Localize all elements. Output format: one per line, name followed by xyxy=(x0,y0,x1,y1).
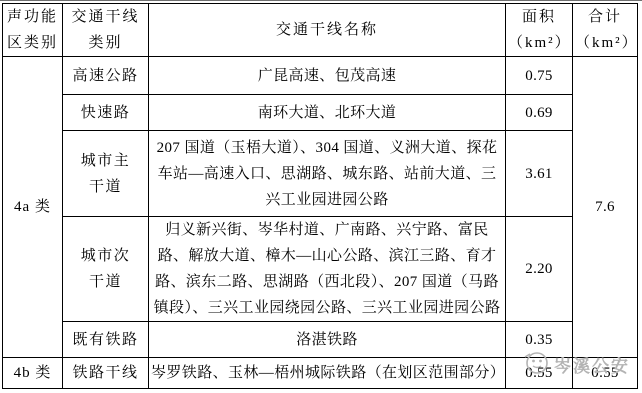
header-total: 合计 （km²） xyxy=(573,4,638,57)
category-cell: 城市次 干道 xyxy=(63,217,149,322)
category-cell: 既有铁路 xyxy=(63,322,149,358)
header-trunkline-category: 交通干线 类别 xyxy=(63,4,149,57)
zone-4a-cell: 4a 类 xyxy=(3,57,63,358)
category-cell: 铁路干线 xyxy=(63,358,149,389)
table-row: 4b 类 铁路干线 岑罗铁路、玉林—梧州城际铁路（在划区范围部分） 0.55 0… xyxy=(3,358,638,389)
names-cell: 归义新兴街、岑华村道、广南路、兴宁路、富民路、解放大道、樟木—山心公路、滨江三路… xyxy=(149,217,506,322)
category-cell: 快速路 xyxy=(63,95,149,131)
table-row: 城市次 干道 归义新兴街、岑华村道、广南路、兴宁路、富民路、解放大道、樟木—山心… xyxy=(3,217,638,322)
area-cell: 0.69 xyxy=(506,95,573,131)
table-row: 城市主 干道 207 国道（玉梧大道）、304 国道、义洲大道、探花车站—高速入… xyxy=(3,131,638,217)
area-cell: 3.61 xyxy=(506,131,573,217)
table-row: 快速路 南环大道、北环大道 0.69 xyxy=(3,95,638,131)
traffic-lines-table: 声功能 区类别 交通干线 类别 交通干线名称 面积 （km²） 合计 （km²）… xyxy=(2,3,638,389)
zone-4b-cell: 4b 类 xyxy=(3,358,63,389)
names-cell: 洛湛铁路 xyxy=(149,322,506,358)
area-cell: 2.20 xyxy=(506,217,573,322)
area-cell: 0.35 xyxy=(506,322,573,358)
names-cell: 207 国道（玉梧大道）、304 国道、义洲大道、探花车站—高速入口、思湖路、城… xyxy=(149,131,506,217)
header-zone-category: 声功能 区类别 xyxy=(3,4,63,57)
names-cell: 广昆高速、包茂高速 xyxy=(149,57,506,95)
names-cell: 南环大道、北环大道 xyxy=(149,95,506,131)
area-cell: 0.55 xyxy=(506,358,573,389)
total-4a-cell: 7.6 xyxy=(573,57,638,358)
header-trunkline-names: 交通干线名称 xyxy=(149,4,506,57)
category-cell: 城市主 干道 xyxy=(63,131,149,217)
category-cell: 高速公路 xyxy=(63,57,149,95)
total-4b-cell: 0.55 xyxy=(573,358,638,389)
header-area: 面积 （km²） xyxy=(506,4,573,57)
cropped-row-remnant-line xyxy=(0,0,642,1)
table-row: 既有铁路 洛湛铁路 0.35 xyxy=(3,322,638,358)
area-cell: 0.75 xyxy=(506,57,573,95)
table-row: 4a 类 高速公路 广昆高速、包茂高速 0.75 7.6 xyxy=(3,57,638,95)
names-cell: 岑罗铁路、玉林—梧州城际铁路（在划区范围部分） xyxy=(149,358,506,389)
header-row: 声功能 区类别 交通干线 类别 交通干线名称 面积 （km²） 合计 （km²） xyxy=(3,4,638,57)
